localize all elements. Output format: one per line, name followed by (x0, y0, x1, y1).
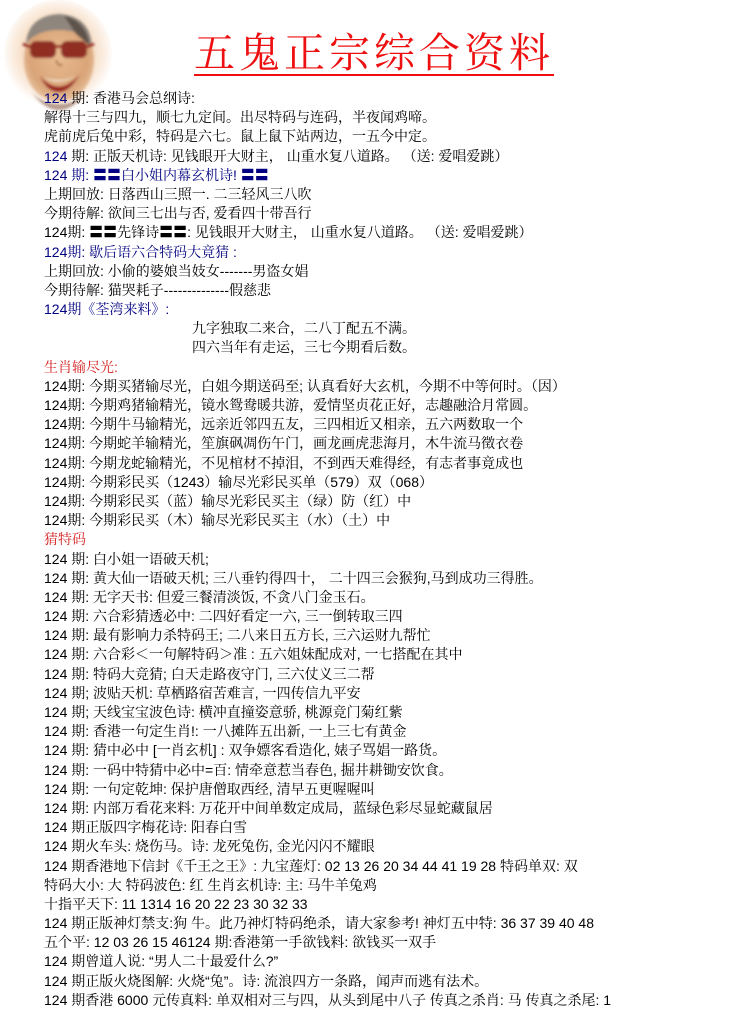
text-segment: 124 期火车头: 烧伤马。诗: 龙死兔伤, 金光闪闪不耀眼 (44, 838, 375, 854)
text-segment: 124 期: 〓〓白小姐内幕玄机诗! 〓〓 (44, 167, 269, 183)
text-line: 特码大小: 大 特码波色: 红 生肖玄机诗: 主: 马牛羊兔鸡 (44, 876, 744, 895)
text-segment: 124期: 今期龙蛇输精光，不见棺材不掉泪，不到西天难得经，有志者事竟成也 (44, 455, 523, 471)
text-segment: 124期: 今期彩民买（1243）输尽光彩民买单（579）双（068） (44, 474, 433, 490)
text-segment: 124 期: 白小姐一语破天机; (44, 551, 209, 567)
text-line: 124 期: 六合彩＜一句解特码＞准 : 五六姐妹配成对, 一七搭配在其中 (44, 645, 744, 664)
text-line: 上期回放: 小偷的婆娘当妓女-------男盗女娼 (44, 262, 744, 281)
text-segment: 124期: 今期买猪输尽光，白姐今期送码至; 认真看好大玄机，今期不中等何时。（… (44, 378, 566, 394)
text-line: 124 期: 黄大仙一语破天机; 三八垂钓得四十， 二十四三会猴狗,马到成功三得… (44, 569, 744, 588)
text-segment: 124期: 今期彩民买（蓝）输尽光彩民买主（绿）防（红）中 (44, 493, 411, 509)
text-segment: 上期回放: 小偷的婆娘当妓女-------男盗女娼 (44, 263, 308, 279)
text-segment: 十指平天下: 11 1314 16 20 22 23 30 32 33 (44, 896, 308, 912)
text-segment: 124 期: 一码中特猜中必中=百: 情牵意惹当春色, 掘井耕锄安饮食。 (44, 762, 453, 778)
text-segment: 124期: 今期鸡猪输精光，镜水鸳鸯暖共游，爱情坚贞花正好，志趣融洽月常圆。 (44, 397, 537, 413)
text-line: 124期: 〓〓先锋诗〓〓: 见钱眼开大财主， 山重水复八道路。 （送: 爱唱爱… (44, 223, 744, 242)
text-line: 124 期; 波贴天机: 草栖路宿苦难言, 一四传信九平安 (44, 684, 744, 703)
text-segment: 124 期: 最有影响力杀特码王; 二八来日五方长, 三六运财九帮忙 (44, 627, 431, 643)
text-line: 124期: 歇后语六合特码大竟猜 : (44, 243, 744, 262)
text-segment: 124期: 今期蛇羊输精光，笙旗砜凋伤午门，画龙画虎悲海月，木牛流马徵衣卷 (44, 435, 523, 451)
text-segment: 124 期: 特码大竞猜; 白天走路夜守门, 三六仗义三二帮 (44, 666, 375, 682)
text-line: 猜特码 (44, 530, 744, 549)
text-segment: 124 期: 六合彩猜透必中: 二四好看定一六, 三一倒转取三四 (44, 608, 403, 624)
text-segment: 124 期: 内部万看花来料: 万花开中间单数定成局，蓝绿色彩尽显蛇藏鼠居 (44, 800, 493, 816)
text-segment: 124 期香港 6000 元传真料: 单双相对三与四，从头到尾中八子 传真之杀肖… (44, 992, 611, 1008)
text-line: 124 期: 猜中必中 [一肖玄机] : 双争嫖客看造化, 婊子骂娼一路货。 (44, 741, 744, 760)
text-line: 生肖输尽光: (44, 358, 744, 377)
text-segment: 124期《荃湾来料》: (44, 301, 169, 317)
text-line: 124 期曾道人说: “男人二十最爱什么?” (44, 952, 744, 971)
text-line: 124 期; 天线宝宝波色诗: 横冲直撞姿意骄, 桃源竞门菊红紫 (44, 703, 744, 722)
text-line: 124 期: 正版天机诗: 见钱眼开大财主， 山重水复八道路。 （送: 爱唱爱跳… (44, 147, 744, 166)
text-line: 124 期: 〓〓白小姐内幕玄机诗! 〓〓 (44, 166, 744, 185)
text-segment: 期: 香港马会总纲诗: (71, 90, 195, 106)
text-line: 124 期正版神灯禁支:狗 牛。此乃神灯特码绝杀，请大家参考! 神灯五中特: 3… (44, 914, 744, 933)
text-line: 124 期香港 6000 元传真料: 单双相对三与四，从头到尾中八子 传真之杀肖… (44, 991, 744, 1010)
text-line: 四六当年有走运，三七今期看后数。 (44, 338, 744, 357)
text-segment: 124 期曾道人说: “男人二十最爱什么?” (44, 953, 278, 969)
text-line: 124期: 今期蛇羊输精光，笙旗砜凋伤午门，画龙画虎悲海月，木牛流马徵衣卷 (44, 434, 744, 453)
text-segment: 124 期: 一句定乾坤: 保护唐僧取西经, 清早五更喔喔叫 (44, 781, 375, 797)
text-line: 124 期: 香港马会总纲诗: (44, 89, 744, 108)
text-segment: 解得十三与四九，顺七九定间。出尽特码与连码，半夜闻鸡啼。 (44, 109, 436, 125)
text-line: 124 期火车头: 烧伤马。诗: 龙死兔伤, 金光闪闪不耀眼 (44, 837, 744, 856)
text-line: 124 期: 特码大竞猜; 白天走路夜守门, 三六仗义三二帮 (44, 665, 744, 684)
text-line: 124 期: 最有影响力杀特码王; 二八来日五方长, 三六运财九帮忙 (44, 626, 744, 645)
text-segment: 虎前虎后兔中彩，特码是六七。鼠上鼠下站两边，一五今中定。 (44, 128, 436, 144)
text-line: 124期: 今期鸡猪输精光，镜水鸳鸯暖共游，爱情坚贞花正好，志趣融洽月常圆。 (44, 396, 744, 415)
text-segment: 五个平: 12 03 26 15 46124 期:香港第一手欲钱料: 欲钱买一双… (44, 934, 436, 950)
text-line: 124期: 今期彩民买（1243）输尽光彩民买单（579）双（068） (44, 473, 744, 492)
text-line: 124期《荃湾来料》: (44, 300, 744, 319)
page-header: 五鬼正宗综合资料 (0, 20, 748, 79)
text-segment: 124 期: 无字天书: 但爱三餐清淡饭, 不贪八门金玉石。 (44, 589, 375, 605)
text-segment: 124期: 〓〓先锋诗〓〓: 见钱眼开大财主， 山重水复八道路。 （送: 爱唱爱… (44, 224, 532, 240)
text-line: 124期: 今期买猪输尽光，白姐今期送码至; 认真看好大玄机，今期不中等何时。（… (44, 377, 744, 396)
text-line: 解得十三与四九，顺七九定间。出尽特码与连码，半夜闻鸡啼。 (44, 108, 744, 127)
text-line: 124 期: 内部万看花来料: 万花开中间单数定成局，蓝绿色彩尽显蛇藏鼠居 (44, 799, 744, 818)
text-segment: 124 期: 香港一句定生肖!: 一八摊阵五出新, 一上三七有黄金 (44, 723, 406, 739)
text-line: 124 期: 一句定乾坤: 保护唐僧取西经, 清早五更喔喔叫 (44, 780, 744, 799)
text-line: 124期: 今期彩民买（蓝）输尽光彩民买主（绿）防（红）中 (44, 492, 744, 511)
text-segment: 124期: 歇后语六合特码大竟猜 : (44, 244, 237, 260)
text-line: 124 期: 香港一句定生肖!: 一八摊阵五出新, 一上三七有黄金 (44, 722, 744, 741)
text-line: 124期: 今期牛马输精光，远亲近邻四五友，三四相近又相亲，五六两数取一个 (44, 415, 744, 434)
text-segment: 124期: 今期牛马输精光，远亲近邻四五友，三四相近又相亲，五六两数取一个 (44, 416, 523, 432)
text-line: 124 期正版四字梅花诗: 阳春白雪 (44, 818, 744, 837)
text-line: 124 期正版火烧图解: 火烧“兔”。诗: 流浪四方一条路，闻声而逃有法术。 (44, 972, 744, 991)
text-line: 124 期: 白小姐一语破天机; (44, 550, 744, 569)
text-line: 九字独取二来合，二八丁配五不满。 (44, 319, 744, 338)
text-segment: 124 期香港地下信封《千王之王》: 九宝莲灯: 02 13 26 20 34 … (44, 858, 578, 874)
text-segment: 期: 正版天机诗: 见钱眼开大财主， 山重水复八道路。 （送: 爱唱爱跳） (71, 148, 508, 164)
text-line: 124 期香港地下信封《千王之王》: 九宝莲灯: 02 13 26 20 34 … (44, 857, 744, 876)
text-segment: 124 期: 六合彩＜一句解特码＞准 : 五六姐妹配成对, 一七搭配在其中 (44, 646, 462, 662)
text-line: 五个平: 12 03 26 15 46124 期:香港第一手欲钱料: 欲钱买一双… (44, 933, 744, 952)
text-segment: 124期: 今期彩民买（木）输尽光彩民买主（水）（土）中 (44, 512, 390, 528)
text-segment: 猜特码 (44, 531, 86, 547)
text-segment: 上期回放: 日落西山三照一. 二三轻风三八吹 (44, 186, 312, 202)
page-title: 五鬼正宗综合资料 (194, 30, 554, 76)
text-segment: 124 (44, 90, 71, 106)
text-line: 十指平天下: 11 1314 16 20 22 23 30 32 33 (44, 895, 744, 914)
text-segment: 124 期正版火烧图解: 火烧“兔”。诗: 流浪四方一条路，闻声而逃有法术。 (44, 973, 488, 989)
text-segment: 生肖输尽光: (44, 359, 118, 375)
text-segment: 124 期; 天线宝宝波色诗: 横冲直撞姿意骄, 桃源竞门菊红紫 (44, 704, 403, 720)
text-segment: 特码大小: 大 特码波色: 红 生肖玄机诗: 主: 马牛羊兔鸡 (44, 877, 377, 893)
text-line: 124期: 今期龙蛇输精光，不见棺材不掉泪，不到西天难得经，有志者事竟成也 (44, 454, 744, 473)
text-line: 124 期: 六合彩猜透必中: 二四好看定一六, 三一倒转取三四 (44, 607, 744, 626)
text-line: 今期待解: 猫哭耗子--------------假慈悲 (44, 281, 744, 300)
text-line: 124 期: 无字天书: 但爱三餐清淡饭, 不贪八门金玉石。 (44, 588, 744, 607)
text-line: 124期: 今期彩民买（木）输尽光彩民买主（水）（土）中 (44, 511, 744, 530)
text-segment: 今期待解: 欲间三七出与否, 爱看四十带吾行 (44, 205, 312, 221)
text-segment: 124 期: 黄大仙一语破天机; 三八垂钓得四十， 二十四三会猴狗,马到成功三得… (44, 570, 543, 586)
text-line: 虎前虎后兔中彩，特码是六七。鼠上鼠下站两边，一五今中定。 (44, 127, 744, 146)
page: 五鬼正宗综合资料 124 期: 香港马会总纲诗:解得十三与四九，顺七九定间。出尽… (0, 0, 748, 1015)
text-segment: 今期待解: 猫哭耗子--------------假慈悲 (44, 282, 271, 298)
text-line: 上期回放: 日落西山三照一. 二三轻风三八吹 (44, 185, 744, 204)
text-line: 今期待解: 欲间三七出与否, 爱看四十带吾行 (44, 204, 744, 223)
text-segment: 九字独取二来合，二八丁配五不满。 (192, 320, 416, 336)
content-lines: 124 期: 香港马会总纲诗:解得十三与四九，顺七九定间。出尽特码与连码，半夜闻… (44, 89, 744, 1010)
text-segment: 四六当年有走运，三七今期看后数。 (192, 339, 416, 355)
text-line: 124 期: 一码中特猜中必中=百: 情牵意惹当春色, 掘井耕锄安饮食。 (44, 761, 744, 780)
text-segment: 124 期正版神灯禁支:狗 牛。此乃神灯特码绝杀，请大家参考! 神灯五中特: 3… (44, 915, 594, 931)
text-segment: 124 期正版四字梅花诗: 阳春白雪 (44, 819, 247, 835)
text-segment: 124 期; 波贴天机: 草栖路宿苦难言, 一四传信九平安 (44, 685, 361, 701)
text-segment: 124 (44, 148, 71, 164)
text-segment: 124 期: 猜中必中 [一肖玄机] : 双争嫖客看造化, 婊子骂娼一路货。 (44, 742, 446, 758)
